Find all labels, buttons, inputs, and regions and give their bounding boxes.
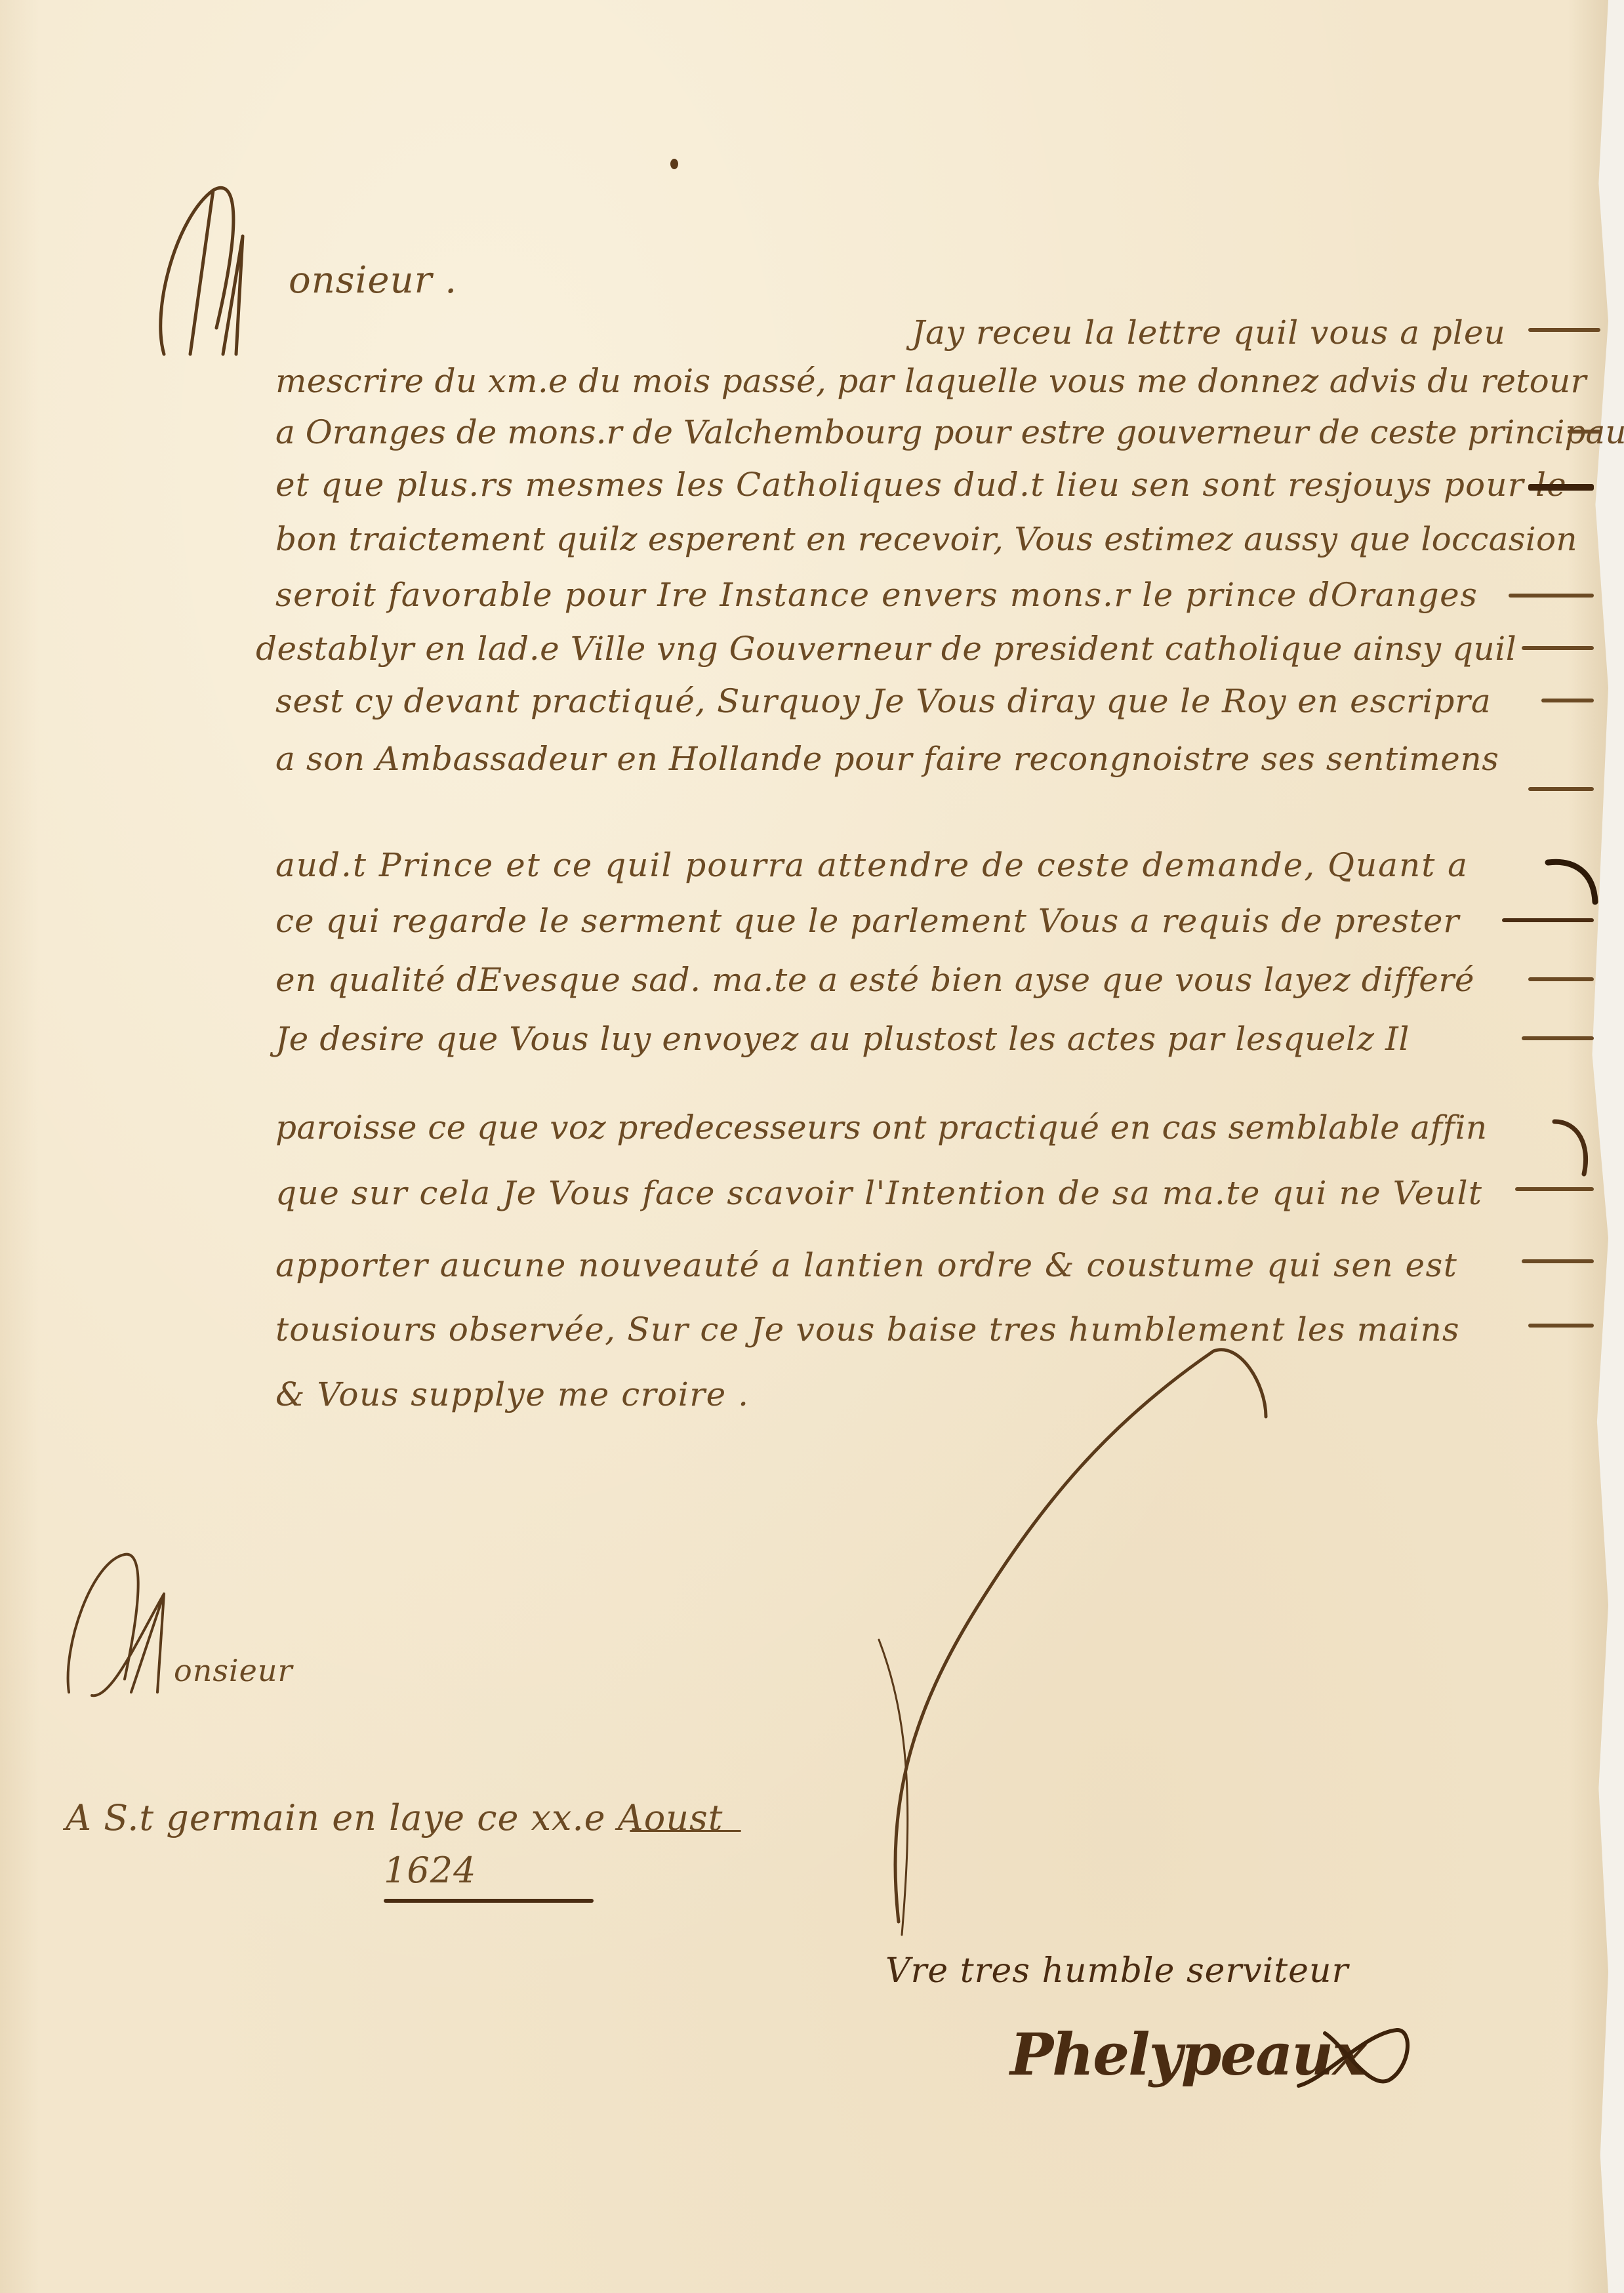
line-filler-1 bbox=[1528, 328, 1600, 332]
body-line-1: Jay receu la lettre quil vous a pleu bbox=[912, 314, 1506, 352]
body-line-15: que sur cela Je Vous face scavoir l'Inte… bbox=[275, 1174, 1483, 1212]
year-underline bbox=[384, 1899, 594, 1903]
signature-paraph bbox=[1299, 2027, 1417, 2099]
line-filler-16 bbox=[1522, 1259, 1594, 1263]
signature-flourish bbox=[872, 1345, 1305, 1948]
initial-m-flourish bbox=[151, 177, 308, 374]
line-filler-7 bbox=[1522, 646, 1594, 650]
line-filler-8 bbox=[1541, 699, 1594, 702]
body-line-14: paroisse ce que voz predecesseurs ont pr… bbox=[275, 1108, 1487, 1146]
year: 1624 bbox=[384, 1850, 476, 1891]
date-underline bbox=[630, 1830, 741, 1832]
body-line-7: destablyr en lad.e Ville vng Gouverneur … bbox=[256, 630, 1516, 668]
line-filler-4 bbox=[1528, 484, 1594, 491]
body-line-4: et que plus.rs mesmes les Catholiques du… bbox=[275, 466, 1567, 504]
line-filler-13 bbox=[1522, 1036, 1594, 1040]
body-line-10: aud.t Prince et ce quil pourra attendre … bbox=[275, 846, 1469, 884]
line-filler-3 bbox=[1568, 430, 1600, 434]
line-hook-14 bbox=[1554, 1118, 1594, 1177]
body-line-8: sest cy devant practiqué, Surquoy Je Vou… bbox=[275, 682, 1491, 720]
salutation-text: onsieur . bbox=[289, 259, 457, 302]
closing-salutation-text: onsieur bbox=[174, 1653, 293, 1688]
body-line-17: tousiours observée, Sur ce Je vous baise… bbox=[275, 1310, 1460, 1349]
place-date: A S.t germain en laye ce xx.e Aoust bbox=[66, 1797, 723, 1838]
line-filler-9 bbox=[1528, 787, 1594, 791]
ink-spot bbox=[670, 159, 678, 169]
body-line-12: en qualité dEvesque sad. ma.te a esté bi… bbox=[275, 961, 1474, 999]
line-filler-6 bbox=[1509, 594, 1594, 598]
body-line-5: bon traictement quilz esperent en recevo… bbox=[275, 520, 1577, 558]
body-line-6: seroit favorable pour Ire Instance enver… bbox=[275, 576, 1478, 614]
line-hook-10 bbox=[1548, 859, 1600, 905]
body-line-2: mescrire du xm.e du mois passé, par laqu… bbox=[275, 362, 1587, 400]
line-filler-11 bbox=[1502, 918, 1594, 922]
body-line-13: Je desire que Vous luy envoyez au plusto… bbox=[275, 1020, 1410, 1058]
body-line-16: apporter aucune nouveauté a lantien ordr… bbox=[275, 1246, 1457, 1284]
line-filler-17 bbox=[1528, 1324, 1594, 1328]
line-filler-15 bbox=[1515, 1187, 1594, 1191]
body-line-3: a Oranges de mons.r de Valchembourg pour… bbox=[275, 413, 1624, 451]
line-filler-12 bbox=[1528, 977, 1594, 981]
valediction: Vre tres humble serviteur bbox=[885, 1951, 1349, 1991]
body-line-18: & Vous supplye me croire . bbox=[275, 1375, 750, 1413]
body-line-11: ce qui regarde le serment que le parleme… bbox=[275, 902, 1459, 940]
body-line-9: a son Ambassadeur en Hollande pour faire… bbox=[275, 740, 1499, 778]
